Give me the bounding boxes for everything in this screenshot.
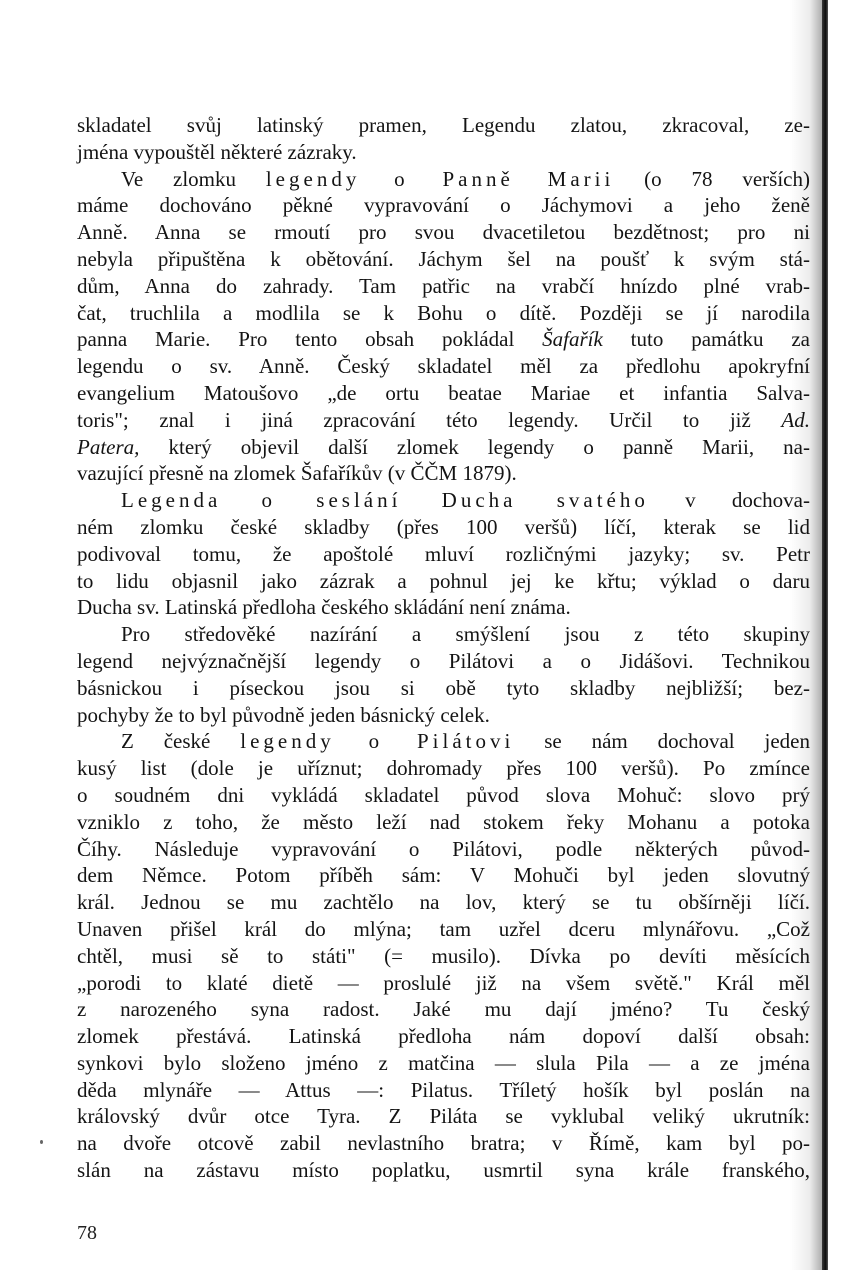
text-line: Pro středověké nazírání a smýšlení jsou … xyxy=(77,621,810,648)
text-line: to lidu objasnil jako zázrak a pohnul je… xyxy=(77,568,810,595)
text-line: dům, Anna do zahrady. Tam patřic na vrab… xyxy=(77,273,810,300)
text-line: král. Jednou se mu zachtělo na lov, kter… xyxy=(77,889,810,916)
text-line: Ve zlomku legendy o Panně Marii (o 78 ve… xyxy=(77,166,810,193)
text-line: Anně. Anna se rmoutí pro svou dvacetilet… xyxy=(77,219,810,246)
text-line: o soudném dni vykládá skladatel původ sl… xyxy=(77,782,810,809)
text-run: toris"; znal i jiná zpracování této lege… xyxy=(77,408,781,432)
text-line: z narozeného syna radost. Jaké mu dají j… xyxy=(77,996,810,1023)
scanned-book-page: skladatel svůj latinský pramen, Legendu … xyxy=(0,0,856,1270)
text-line: Číhy. Následuje vypravování o Pilátovi, … xyxy=(77,836,810,863)
spaced-emphasis: Legenda o seslání Ducha svatého xyxy=(121,488,649,512)
text-run: Z české xyxy=(121,729,240,753)
spaced-emphasis: legendy o Pilátovi xyxy=(240,729,514,753)
text-line: na dvoře otcově zabil nevlastního bratra… xyxy=(77,1130,810,1157)
italic-name: Patera, xyxy=(77,435,139,459)
spaced-emphasis: legendy o Panně Marii xyxy=(266,167,614,191)
text-line: Legenda o seslání Ducha svatého v dochov… xyxy=(77,487,810,514)
text-line: dem Němce. Potom příběh sám: V Mohuči by… xyxy=(77,862,810,889)
text-line: legendu o sv. Anně. Český skladatel měl … xyxy=(77,353,810,380)
text-run: v dochova- xyxy=(649,488,810,512)
text-line: královský dvůr otce Tyra. Z Piláta se vy… xyxy=(77,1103,810,1130)
text-line: slán na zástavu místo poplatku, usmrtil … xyxy=(77,1157,810,1184)
text-line: skladatel svůj latinský pramen, Legendu … xyxy=(77,112,810,139)
text-line: máme dochováno pěkné vypravování o Jáchy… xyxy=(77,192,810,219)
italic-name: Šafařík xyxy=(542,327,603,351)
text-run: tuto památku za xyxy=(603,327,810,351)
text-run: Ve zlomku xyxy=(121,167,266,191)
text-line: Unaven přišel král do mlýna; tam uzřel d… xyxy=(77,916,810,943)
text-line: básnickou i píseckou jsou si obě tyto sk… xyxy=(77,675,810,702)
text-run: panna Marie. Pro tento obsah pokládal xyxy=(77,327,542,351)
text-line: Z české legendy o Pilátovi se nám dochov… xyxy=(77,728,810,755)
text-line: toris"; znal i jiná zpracování této lege… xyxy=(77,407,810,434)
scan-speck xyxy=(40,1140,43,1144)
text-line: legend nejvýznačnější legendy o Pilátovi… xyxy=(77,648,810,675)
italic-name: Ad. xyxy=(781,408,810,432)
text-line: vazující přesně na zlomek Šafaříkův (v Č… xyxy=(77,460,810,487)
body-text: skladatel svůj latinský pramen, Legendu … xyxy=(77,112,810,1184)
text-line: kusý list (dole je uříznut; dohromady př… xyxy=(77,755,810,782)
binding-edge xyxy=(822,0,828,1270)
text-line: ném zlomku české skladby (přes 100 veršů… xyxy=(77,514,810,541)
text-run: (o 78 verších) xyxy=(614,167,810,191)
text-line: děda mlynáře — Attus —: Pilatus. Tříletý… xyxy=(77,1077,810,1104)
text-line: vzniklo z toho, že město leží nad stokem… xyxy=(77,809,810,836)
text-line: Patera, který objevil další zlomek legen… xyxy=(77,434,810,461)
text-line: podivoval tomu, že apoštolé mluví rozlič… xyxy=(77,541,810,568)
text-line: „porodi to klaté dietě — proslulé již na… xyxy=(77,970,810,997)
text-line: panna Marie. Pro tento obsah pokládal Ša… xyxy=(77,326,810,353)
text-line: synkovi bylo složeno jméno z matčina — s… xyxy=(77,1050,810,1077)
text-line: zlomek přestává. Latinská předloha nám d… xyxy=(77,1023,810,1050)
text-line: Ducha sv. Latinská předloha českého sklá… xyxy=(77,594,810,621)
text-line: jména vypouštěl některé zázraky. xyxy=(77,139,810,166)
text-run: se nám dochoval jeden xyxy=(514,729,810,753)
page-number: 78 xyxy=(77,1222,97,1245)
text-line: chtěl, musi sě to státi" (= musilo). Dív… xyxy=(77,943,810,970)
text-line: nebyla připuštěna k obětování. Jáchym še… xyxy=(77,246,810,273)
text-run: který objevil další zlomek legendy o pan… xyxy=(139,435,810,459)
text-line: pochyby že to byl původně jeden básnický… xyxy=(77,702,810,729)
text-line: evangelium Matoušovo „de ortu beatae Mar… xyxy=(77,380,810,407)
text-line: čat, truchlila a modlila se k Bohu o dít… xyxy=(77,300,810,327)
